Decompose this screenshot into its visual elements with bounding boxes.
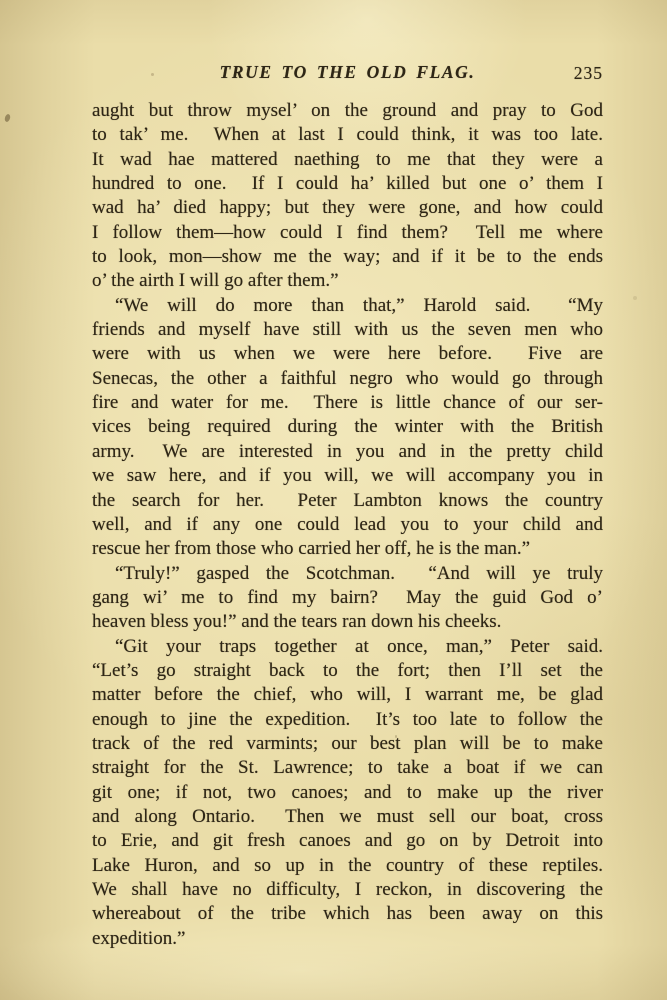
text-line: enough to jine the expedition. It’s too … (92, 708, 603, 732)
text-line: the search for her. Peter Lambton knows … (92, 489, 603, 513)
text-line: straight for the St. Lawrence; to take a… (92, 756, 603, 780)
book-page: TRUE TO THE OLD FLAG. 235 aught but thro… (0, 0, 667, 1000)
text-line: aught but throw mysel’ on the ground and… (92, 99, 603, 123)
text-line: “Let’s go straight back to the fort; the… (92, 659, 603, 683)
text-line: matter before the chief, who will, I war… (92, 683, 603, 707)
text-line: “Truly!” gasped the Scotchman. “And will… (92, 562, 603, 586)
text-line: rescue her from those who carried her of… (92, 537, 603, 561)
text-line: Senecas, the other a faithful negro who … (92, 367, 603, 391)
text-line: expedition.” (92, 927, 603, 951)
text-line: we saw here, and if you will, we will ac… (92, 464, 603, 488)
paper-speck (4, 113, 11, 122)
text-line: to Erie, and git fresh canoes and go on … (92, 829, 603, 853)
text-line: wad ha’ died happy; but they were gone, … (92, 196, 603, 220)
text-line: friends and myself have still with us th… (92, 318, 603, 342)
text-line: fire and water for me. There is little c… (92, 391, 603, 415)
text-line: o’ the airth I will go after them.” (92, 269, 603, 293)
text-line: “Git your traps together at once, man,” … (92, 635, 603, 659)
page-text: aught but throw mysel’ on the ground and… (92, 99, 603, 951)
text-line: well, and if any one could lead you to y… (92, 513, 603, 537)
text-line: were with us when we were here before. F… (92, 342, 603, 366)
page-header: TRUE TO THE OLD FLAG. 235 (92, 62, 603, 86)
text-line: to look, mon—show me the way; and if it … (92, 245, 603, 269)
text-line: track of the red varmints; our best plan… (92, 732, 603, 756)
text-line: hundred to one. If I could ha’ killed bu… (92, 172, 603, 196)
text-line: vices being required during the winter w… (92, 415, 603, 439)
text-line: gang wi’ me to find my bairn? May the gu… (92, 586, 603, 610)
text-line: to tak’ me. When at last I could think, … (92, 123, 603, 147)
text-line: I follow them—how could I find them? Tel… (92, 221, 603, 245)
text-line: army. We are interested in you and in th… (92, 440, 603, 464)
paper-speck (151, 73, 154, 76)
text-line: git one; if not, two canoes; and to make… (92, 781, 603, 805)
text-line: We shall have no difficulty, I reckon, i… (92, 878, 603, 902)
text-line: and along Ontario. Then we must sell our… (92, 805, 603, 829)
text-line: whereabout of the tribe which has been a… (92, 902, 603, 926)
paper-speck (395, 735, 397, 738)
page-number: 235 (574, 63, 603, 84)
text-line: heaven bless you!” and the tears ran dow… (92, 610, 603, 634)
text-line: “We will do more than that,” Harold said… (92, 294, 603, 318)
text-line: Lake Huron, and so up in the country of … (92, 854, 603, 878)
running-title: TRUE TO THE OLD FLAG. (92, 62, 603, 83)
text-line: It wad hae mattered naething to me that … (92, 148, 603, 172)
paper-speck (633, 296, 637, 300)
